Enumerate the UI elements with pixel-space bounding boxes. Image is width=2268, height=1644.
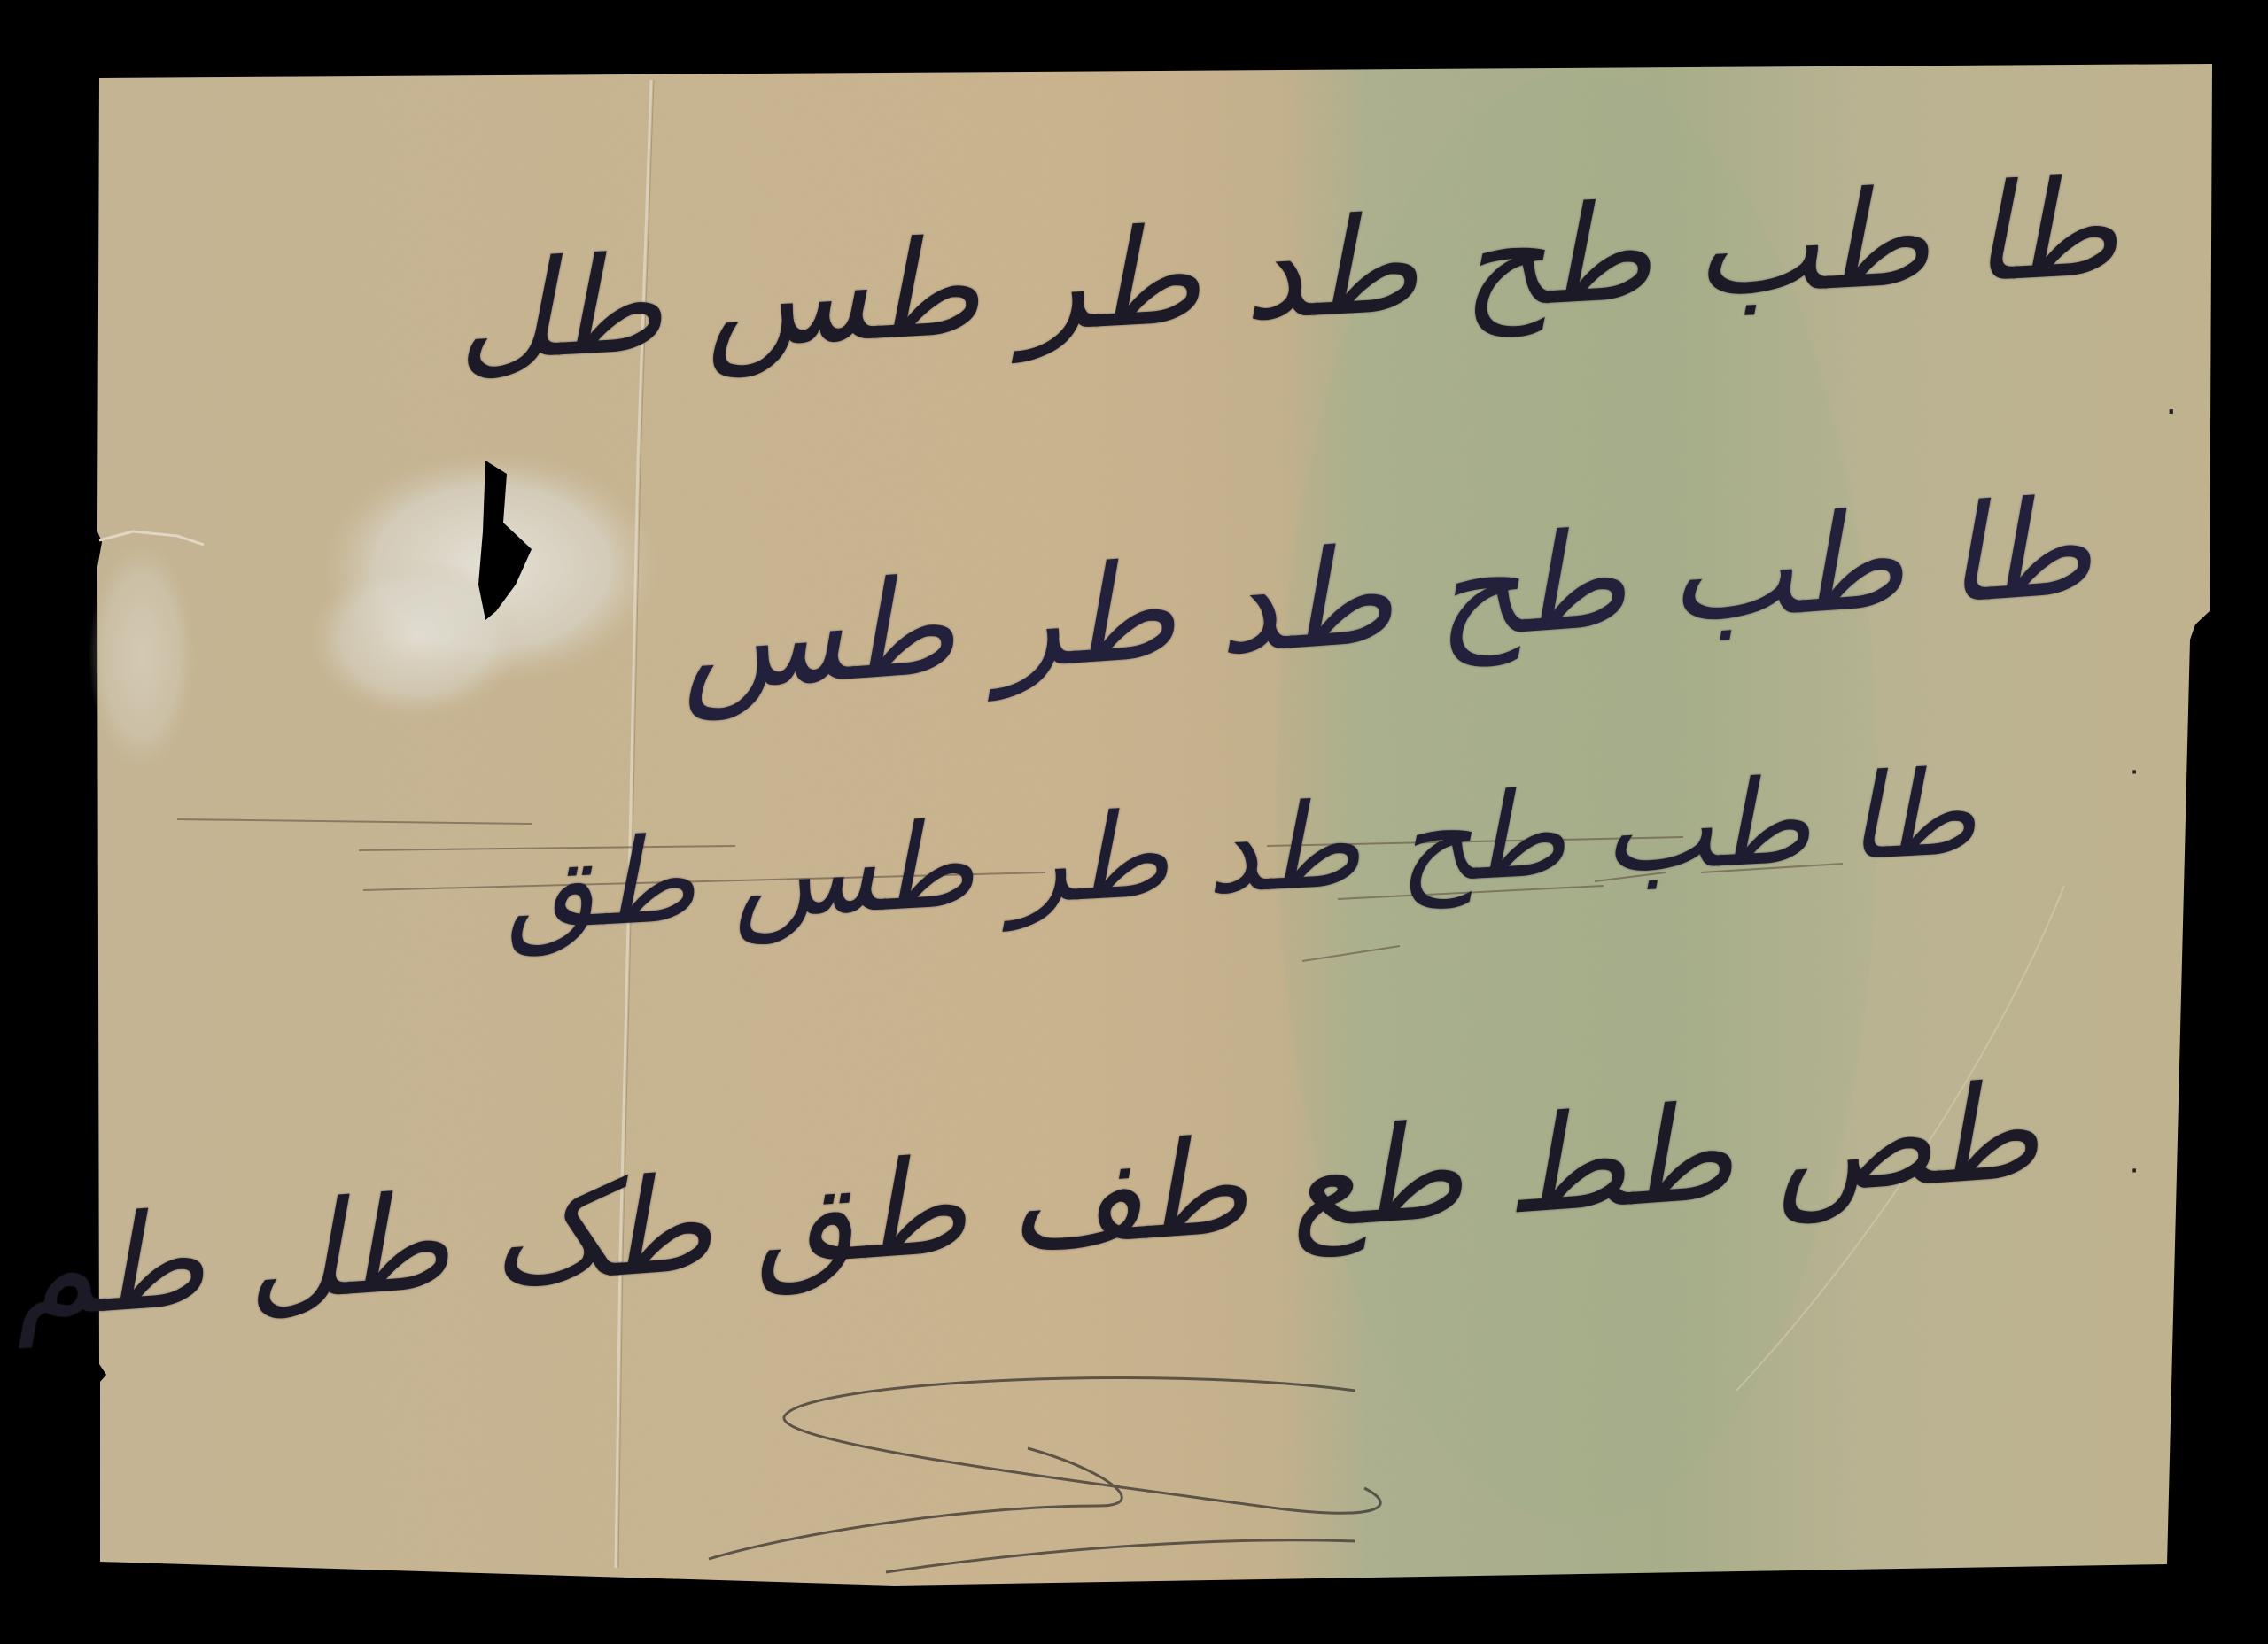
margin-mark: ۰ — [2126, 1152, 2142, 1187]
margin-mark: ۰ — [2126, 753, 2142, 788]
photo-background: طا طب طح طد طر طس طل طا طب طح طد طر طس ط… — [0, 0, 2268, 1644]
margin-mark: ۰ — [2162, 390, 2180, 430]
